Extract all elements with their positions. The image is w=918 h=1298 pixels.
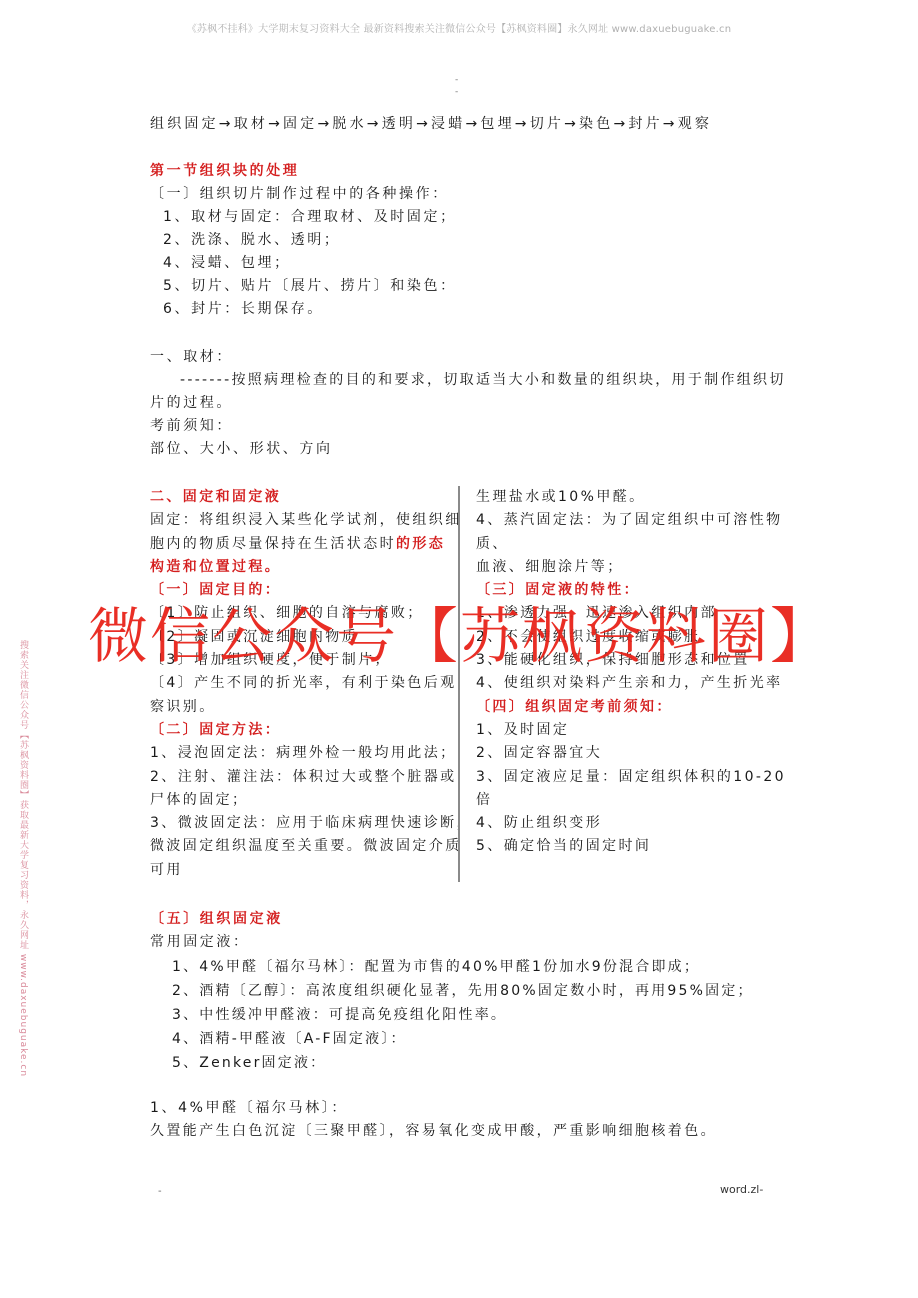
fixation-definition: 固定：将组织浸入某些化学试剂，使组织细	[150, 509, 455, 532]
property-item: 4、使组织对染料产生亲和力，产生折光率	[476, 672, 776, 695]
section1-subtitle: 〔一〕组织切片制作过程中的各种操作：	[150, 183, 449, 205]
exam-notice-label: 考前须知：	[150, 415, 233, 437]
fixative-item: 1、4%甲醛〔福尔马林〕：配置为市售的40%甲醛1份加水9份混合即成；	[172, 956, 700, 978]
column-divider	[458, 486, 460, 882]
definition-text: 胞内的物质尽量保持在生活状态时	[150, 536, 396, 552]
method-item: 可用	[150, 859, 455, 882]
purpose-item: 察识别。	[150, 696, 455, 719]
notice-item: 4、防止组织变形	[476, 812, 776, 835]
purpose-item: 〔4〕产生不同的折光率，有利于染色后观	[150, 672, 455, 695]
method-continued: 4、蒸汽固定法：为了固定组织中可溶性物	[476, 509, 776, 532]
section1-item: 6、封片：长期保存。	[163, 298, 324, 320]
section5-intro: 常用固定液：	[150, 931, 250, 953]
section5-heading: 〔五〕组织固定液	[150, 908, 283, 930]
method-heading: 〔二〕固定方法：	[150, 719, 455, 742]
method-item: 尸体的固定；	[150, 789, 455, 812]
definition-highlight: 的形态	[396, 536, 445, 552]
definition-highlight-line3: 构造和位置过程。	[150, 556, 455, 579]
formalin-heading: 1、4%甲醛〔福尔马林〕：	[150, 1097, 348, 1119]
method-item: 微波固定组织温度至关重要。微波固定介质	[150, 835, 455, 858]
method-continued: 生理盐水或10%甲醛。	[476, 486, 776, 509]
method-item: 2、注射、灌注法：体积过大或整个脏器或	[150, 766, 455, 789]
purpose-heading: 〔一〕固定目的：	[150, 579, 455, 602]
section1-item: 4、浸蜡、包埋；	[163, 252, 291, 274]
notice-item: 5、确定恰当的固定时间	[476, 835, 776, 858]
notice-heading: 〔四〕组织固定考前须知：	[476, 696, 776, 719]
section1-item: 2、洗涤、脱水、透明；	[163, 229, 341, 251]
fixation-heading: 二、固定和固定液	[150, 486, 455, 509]
notice-item: 2、固定容器宜大	[476, 742, 776, 765]
method-continued: 质、	[476, 533, 776, 556]
sampling-definition: -------按照病理检查的目的和要求，切取适当大小和数量的组织块，用于制作组织…	[180, 369, 786, 391]
side-watermark: 搜索关注微信公众号【苏枫资料圈】获取最新大学复习资料，永久网址 www.daxu…	[16, 640, 30, 1077]
fixation-definition-line2: 胞内的物质尽量保持在生活状态时的形态	[150, 533, 455, 556]
fixative-item: 5、Zenker固定液：	[172, 1052, 326, 1074]
section1-title: 第一节组织块的处理	[150, 160, 299, 182]
page-mark: -	[455, 86, 458, 98]
sampling-heading: 一、取材：	[150, 346, 233, 368]
sampling-definition-cont: 片的过程。	[150, 392, 233, 414]
process-flow: 组织固定→取材→固定→脱水→透明→浸蜡→包埋→切片→染色→封片→观察	[150, 113, 712, 135]
right-column: 生理盐水或10%甲醛。 4、蒸汽固定法：为了固定组织中可溶性物 质、 血液、细胞…	[476, 486, 776, 859]
page-mark: -	[455, 74, 458, 86]
method-item: 3、微波固定法：应用于临床病理快速诊断，	[150, 812, 455, 835]
notice-item: 倍	[476, 789, 776, 812]
footer-right: word.zl-	[720, 1183, 763, 1196]
property-heading: 〔三〕固定液的特性：	[476, 579, 776, 602]
footer-left: -	[158, 1186, 162, 1197]
top-banner: 《苏枫不挂科》大学期末复习资料大全 最新资料搜索关注微信公众号【苏枫资料圈】永久…	[0, 20, 918, 35]
section1-item: 1、取材与固定：合理取材、及时固定；	[163, 206, 457, 228]
notice-item: 3、固定液应足量：固定组织体积的10-20	[476, 766, 776, 789]
method-continued: 血液、细胞涂片等；	[476, 556, 776, 579]
fixative-item: 3、中性缓冲甲醛液：可提高免疫组化阳性率。	[172, 1004, 507, 1026]
fixative-item: 4、酒精-甲醛液〔A-F固定液〕：	[172, 1028, 407, 1050]
watermark-overlay: 微信公众号【苏枫资料圈】	[88, 602, 832, 672]
fixative-item: 2、酒精〔乙醇〕：高浓度组织硬化显著，先用80%固定数小时，再用95%固定；	[172, 980, 754, 1002]
page-marks: - -	[455, 74, 458, 98]
left-column: 二、固定和固定液 固定：将组织浸入某些化学试剂，使组织细 胞内的物质尽量保持在生…	[150, 486, 455, 882]
method-item: 1、浸泡固定法：病理外检一般均用此法；	[150, 742, 455, 765]
exam-notice-points: 部位、大小、形状、方向	[150, 438, 333, 460]
formalin-note: 久置能产生白色沉淀〔三聚甲醛〕，容易氧化变成甲酸，严重影响细胞核着色。	[150, 1120, 717, 1142]
section1-item: 5、切片、贴片〔展片、捞片〕和染色：	[163, 275, 457, 297]
notice-item: 1、及时固定	[476, 719, 776, 742]
